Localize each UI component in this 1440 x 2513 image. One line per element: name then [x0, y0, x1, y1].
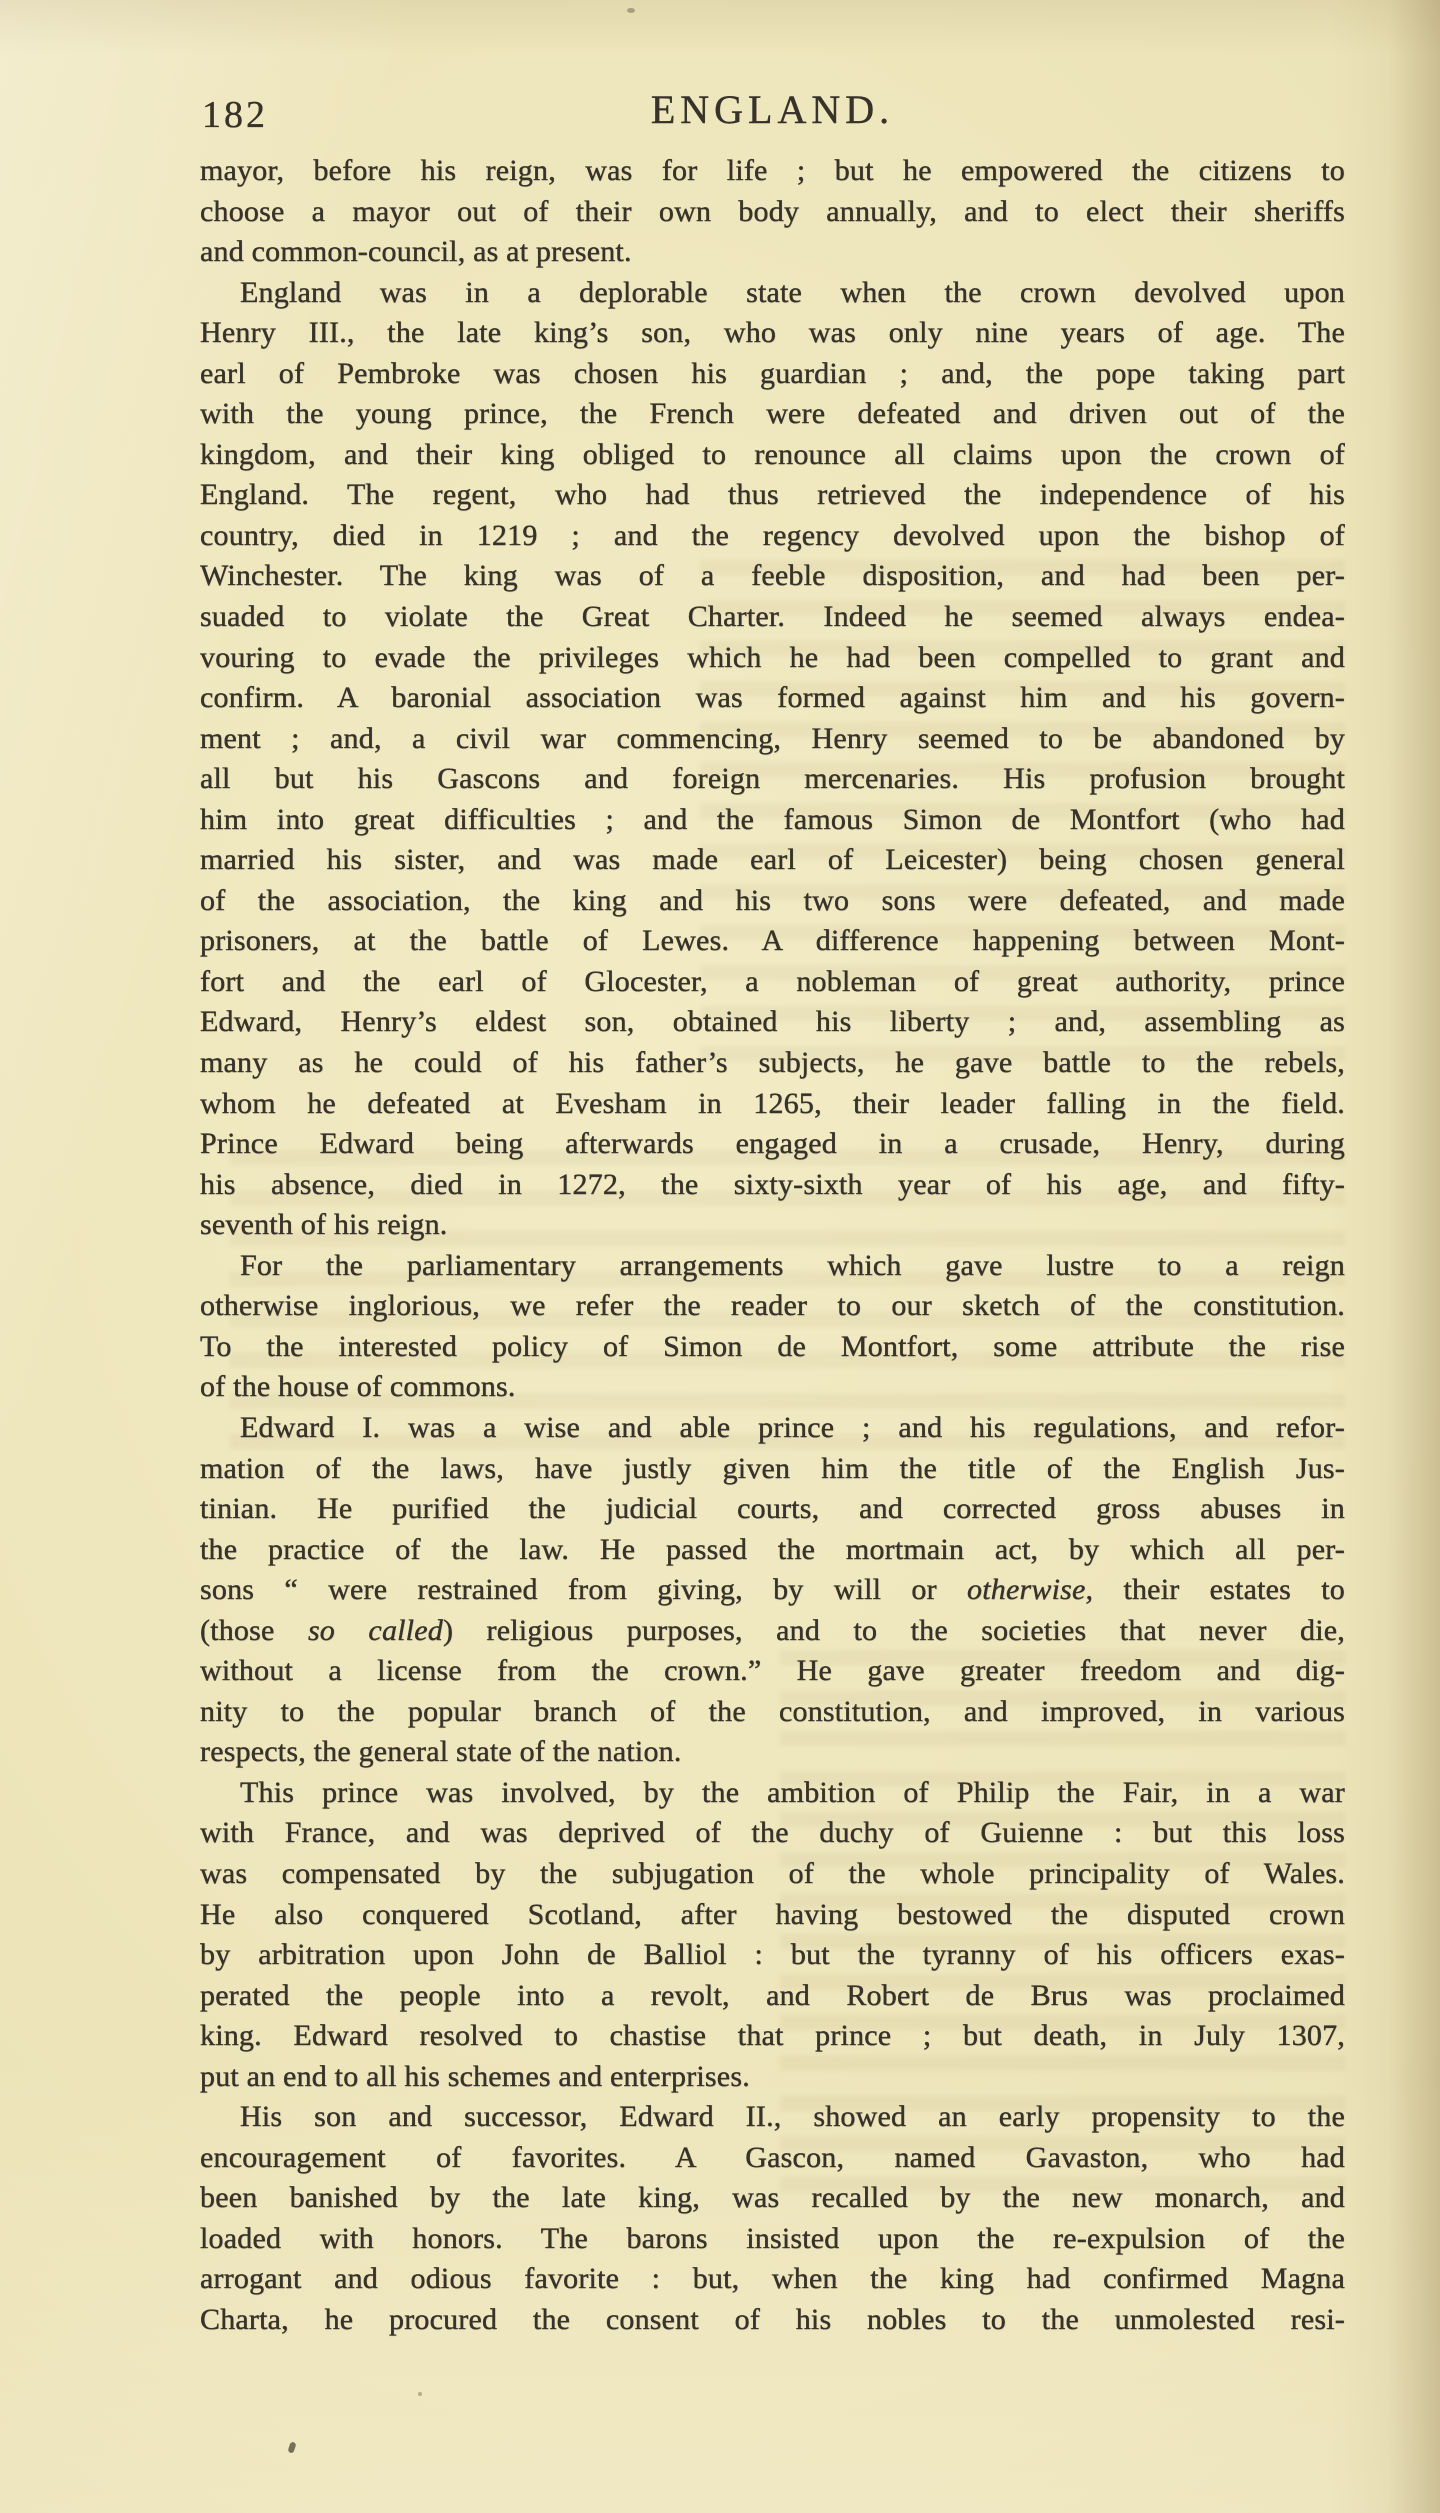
text-line: His son and successor, Edward II., showe… [200, 2097, 1345, 2138]
ink-speck [418, 2392, 422, 2396]
text-line: married his sister, and was made earl of… [200, 840, 1345, 881]
text-line: been banished by the late king, was reca… [200, 2178, 1345, 2219]
text-line: put an end to all his schemes and enterp… [200, 2057, 1345, 2098]
text-line: of the house of commons. [200, 1367, 1345, 1408]
text-line: He also conquered Scotland, after having… [200, 1895, 1345, 1936]
ink-speck [287, 2441, 296, 2453]
text-line: respects, the general state of the natio… [200, 1732, 1345, 1773]
text-line: whom he defeated at Evesham in 1265, the… [200, 1084, 1345, 1125]
text-line: fort and the earl of Glocester, a noblem… [200, 962, 1345, 1003]
text-line: his absence, died in 1272, the sixty-six… [200, 1165, 1345, 1206]
text-line: by arbitration upon John de Balliol : bu… [200, 1935, 1345, 1976]
text-line: him into great difficulties ; and the fa… [200, 800, 1345, 841]
text-line: For the parliamentary arrangements which… [200, 1246, 1345, 1287]
text-line: confirm. A baronial association was form… [200, 678, 1345, 719]
text-line: king. Edward resolved to chastise that p… [200, 2016, 1345, 2057]
text-line: nity to the popular branch of the consti… [200, 1692, 1345, 1733]
text-line: Henry III., the late king’s son, who was… [200, 313, 1345, 354]
text-line: tinian. He purified the judicial courts,… [200, 1489, 1345, 1530]
text-line: sons “ were restrained from giving, by w… [200, 1570, 1345, 1611]
text-line: many as he could of his father’s subject… [200, 1043, 1345, 1084]
text-line: otherwise inglorious, we refer the reade… [200, 1286, 1345, 1327]
text-line: was compensated by the subjugation of th… [200, 1854, 1345, 1895]
text-line: with France, and was deprived of the duc… [200, 1813, 1345, 1854]
text-line: mayor, before his reign, was for life ; … [200, 151, 1345, 192]
text-line: and common-council, as at present. [200, 232, 1345, 273]
running-title: ENGLAND. [200, 86, 1345, 133]
text-line: earl of Pembroke was chosen his guardian… [200, 354, 1345, 395]
text-line: choose a mayor out of their own body ann… [200, 192, 1345, 233]
text-line: kingdom, and their king obliged to renou… [200, 435, 1345, 476]
page-header: 182 ENGLAND. [200, 84, 1345, 136]
text-line: Charta, he procured the consent of his n… [200, 2300, 1345, 2341]
page-body: mayor, before his reign, was for life ; … [200, 151, 1345, 2341]
text-line: perated the people into a revolt, and Ro… [200, 1976, 1345, 2017]
text-line: all but his Gascons and foreign mercenar… [200, 759, 1345, 800]
text-line: arrogant and odious favorite : but, when… [200, 2259, 1345, 2300]
text-line: without a license from the crown.” He ga… [200, 1651, 1345, 1692]
text-line: mation of the laws, have justly given hi… [200, 1449, 1345, 1490]
text-line: with the young prince, the French were d… [200, 394, 1345, 435]
text-line: suaded to violate the Great Charter. Ind… [200, 597, 1345, 638]
text-line: England. The regent, who had thus retrie… [200, 475, 1345, 516]
text-line: (those so called) religious purposes, an… [200, 1611, 1345, 1652]
text-line: seventh of his reign. [200, 1205, 1345, 1246]
text-line: This prince was involved, by the ambitio… [200, 1773, 1345, 1814]
text-line: Winchester. The king was of a feeble dis… [200, 556, 1345, 597]
text-line: the practice of the law. He passed the m… [200, 1530, 1345, 1571]
text-line: prisoners, at the battle of Lewes. A dif… [200, 921, 1345, 962]
text-line: Edward I. was a wise and able prince ; a… [200, 1408, 1345, 1449]
text-line: encouragement of favorites. A Gascon, na… [200, 2138, 1345, 2179]
text-line: Prince Edward being afterwards engaged i… [200, 1124, 1345, 1165]
ink-speck [627, 8, 635, 13]
text-line: ment ; and, a civil war commencing, Henr… [200, 719, 1345, 760]
text-line: To the interested policy of Simon de Mon… [200, 1327, 1345, 1368]
book-page: 182 ENGLAND. mayor, before his reign, wa… [0, 0, 1440, 2513]
text-line: vouring to evade the privileges which he… [200, 638, 1345, 679]
text-line: of the association, the king and his two… [200, 881, 1345, 922]
text-line: loaded with honors. The barons insisted … [200, 2219, 1345, 2260]
text-line: country, died in 1219 ; and the regency … [200, 516, 1345, 557]
text-line: Edward, Henry’s eldest son, obtained his… [200, 1002, 1345, 1043]
text-line: England was in a deplorable state when t… [200, 273, 1345, 314]
